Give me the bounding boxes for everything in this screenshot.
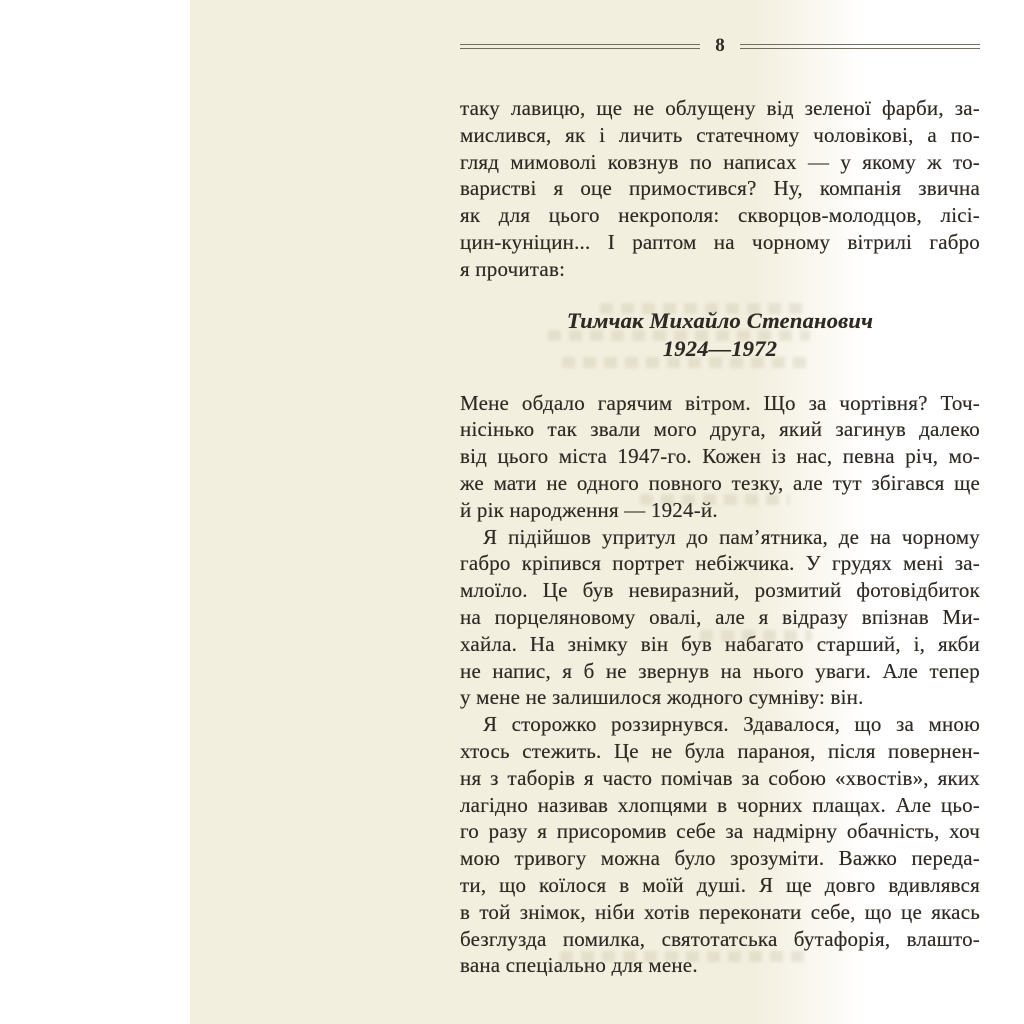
text-line: на порцеляновому овалі, але я відразу вп… [460, 604, 980, 631]
text-line: у мене не залишилося жодного сумніву: ві… [460, 684, 980, 711]
text-line: не напис, я б не звернув на нього уваги.… [460, 658, 980, 685]
page-header: 8 [460, 33, 980, 59]
text-line: Мене обдало гарячим вітром. Що за чортів… [460, 390, 980, 417]
epitaph-heading: Тимчак Михайло Степанович1924—1972 [460, 307, 980, 363]
text-line: я прочитав: [460, 256, 980, 283]
paragraph: Я сторожко роззирнувся. Здавалося, що за… [460, 711, 980, 979]
paragraph: Мене обдало гарячим вітром. Що за чортів… [460, 390, 980, 524]
body-text: таку лавицю, ще не облущену від зеленої … [460, 95, 980, 979]
text-line: вана спеціально для мене. [460, 952, 980, 979]
text-line: в той знімок, ніби хотів переконати себе… [460, 899, 980, 926]
text-line: го разу я присоромив себе за надмірну об… [460, 818, 980, 845]
paragraph: Я підійшов упритул до пам’ятника, де на … [460, 524, 980, 712]
text-line: нісінько так звали мого друга, який заги… [460, 416, 980, 443]
text-line: гляд мимоволі ковзнув по написах — у яко… [460, 149, 980, 176]
text-line: хайла. На знімку він був набагато старши… [460, 631, 980, 658]
header-rule-right [740, 44, 980, 49]
text-line: млоїло. Це був невиразний, розмитий фото… [460, 577, 980, 604]
page-number: 8 [713, 36, 727, 55]
text-line: від цього міста 1947-го. Кожен із нас, п… [460, 443, 980, 470]
text-line: мою тривогу можна було зрозуміти. Важко … [460, 845, 980, 872]
text-line: хтось стежить. Це не була параноя, після… [460, 738, 980, 765]
text-line: лагідно називав хлопцями в чорних плащах… [460, 792, 980, 819]
text-line: цин-куніцин... І раптом на чорному вітри… [460, 229, 980, 256]
text-line: як для цього некрополя: скворцов-молодцо… [460, 202, 980, 229]
heading-line: Тимчак Михайло Степанович [460, 307, 980, 335]
paragraph: таку лавицю, ще не облущену від зеленої … [460, 95, 980, 283]
text-line: варистві я оце примостився? Ну, компанія… [460, 175, 980, 202]
header-rule-left [460, 44, 700, 49]
text-line: ня з таборів я часто помічав за собою «х… [460, 765, 980, 792]
text-line: габро кріпився портрет небіжчика. У груд… [460, 550, 980, 577]
text-line: Я підійшов упритул до пам’ятника, де на … [460, 524, 980, 551]
text-line: мислився, як і личить статечному чоловік… [460, 122, 980, 149]
text-line: ти, що коїлося в моїй душі. Я ще довго в… [460, 872, 980, 899]
text-line: Я сторожко роззирнувся. Здавалося, що за… [460, 711, 980, 738]
text-line: таку лавицю, ще не облущену від зеленої … [460, 95, 980, 122]
book-page: 8 таку лавицю, ще не облущену від зелено… [190, 0, 870, 1024]
text-line: й рік народження — 1924-й. [460, 497, 980, 524]
text-line: безглузда помилка, святотатська бутафорі… [460, 926, 980, 953]
heading-line: 1924—1972 [460, 335, 980, 363]
text-line: же мати не одного повного тезку, але тут… [460, 470, 980, 497]
